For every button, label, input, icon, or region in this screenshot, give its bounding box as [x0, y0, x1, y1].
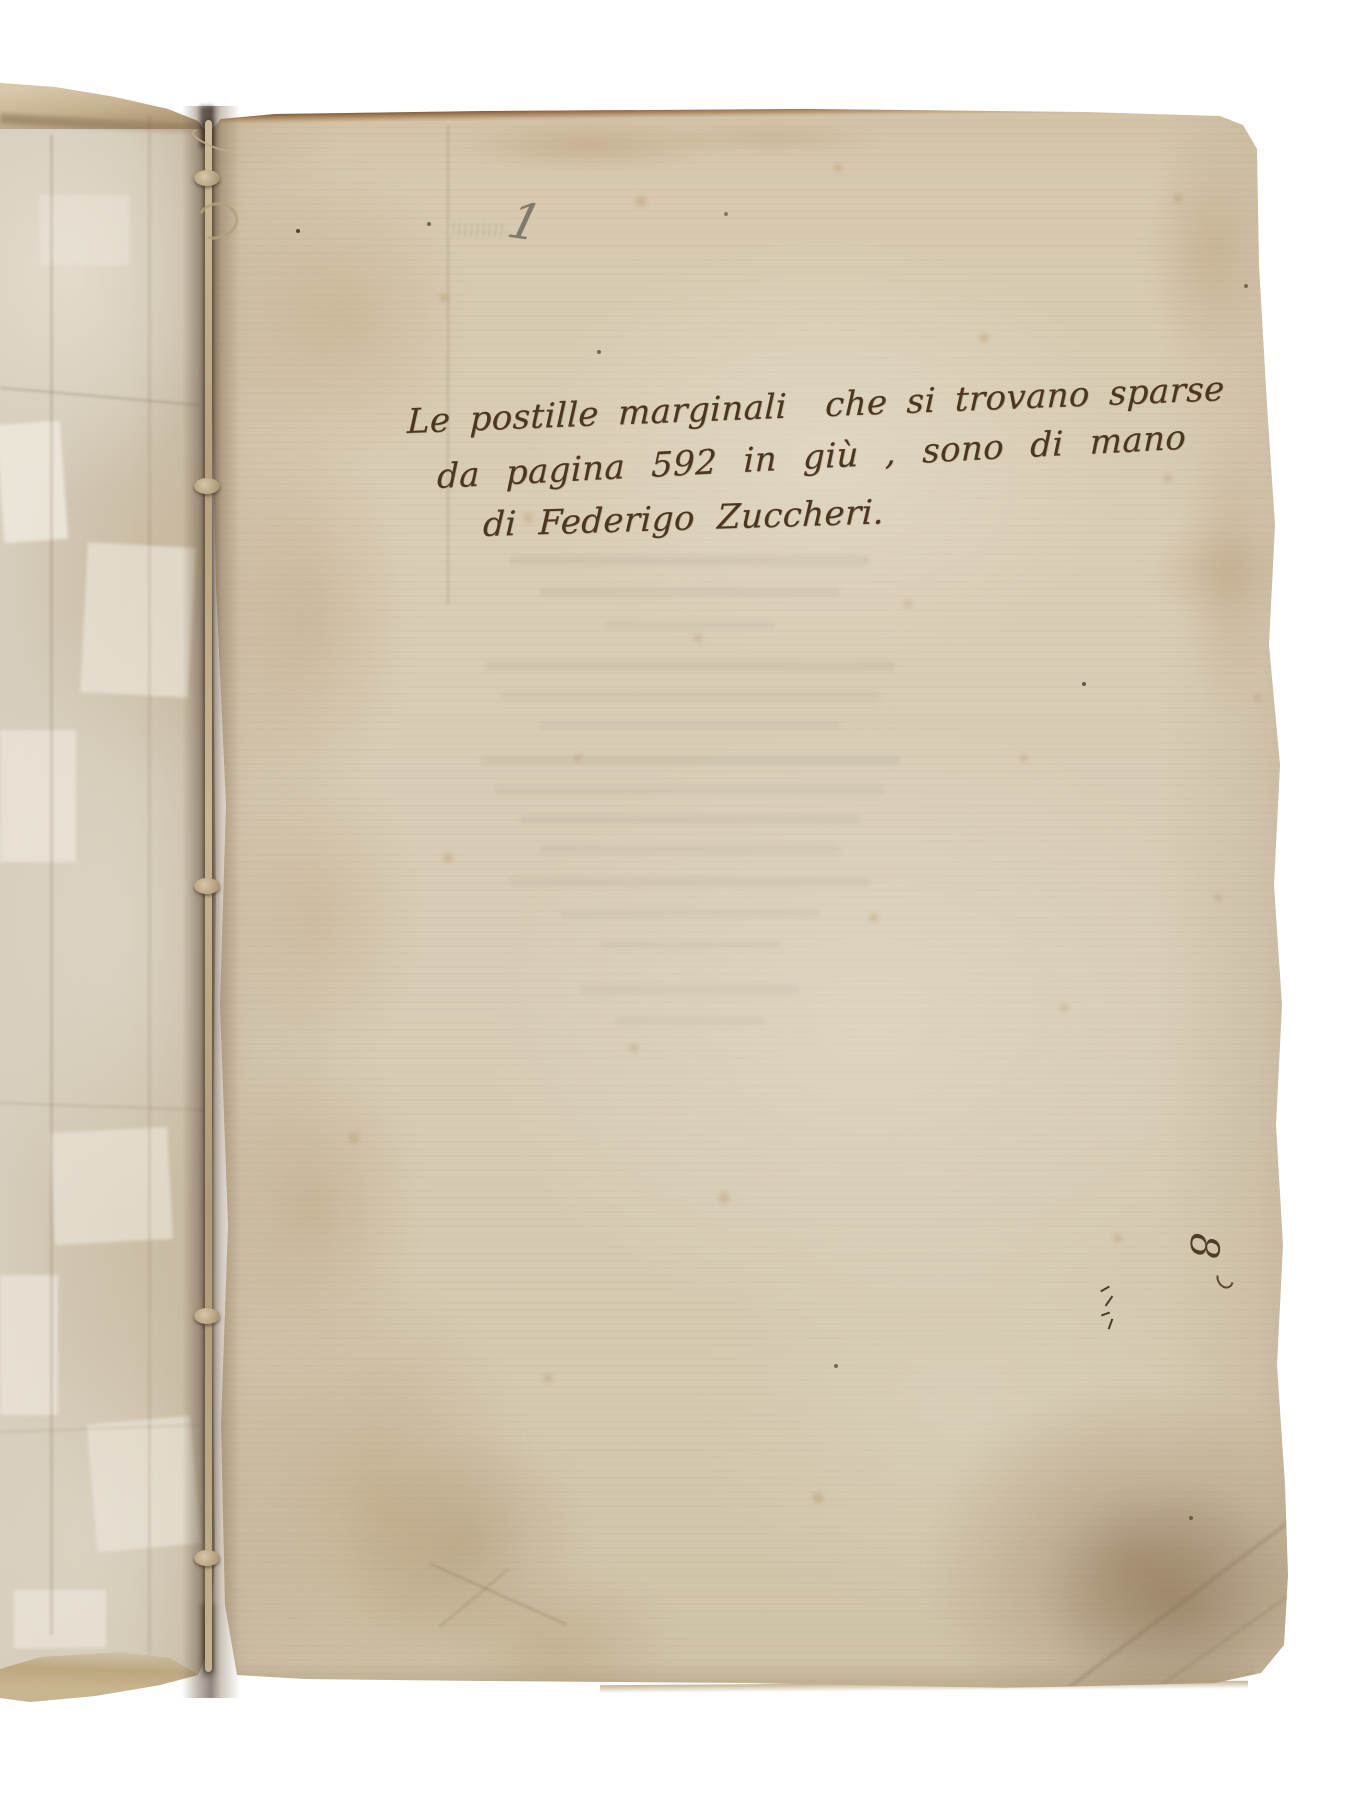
- flyleaf-page: Le postille marginali che si trovano spa…: [185, 105, 1290, 1699]
- lifted-paper-patch: [49, 1127, 173, 1245]
- textblock-top-edge-stain: [197, 93, 1253, 125]
- page-crease: [447, 125, 449, 605]
- lifted-paper-patch: [80, 542, 196, 697]
- ink-flourish-hook: [1213, 1266, 1237, 1291]
- tiny-ink-scribble: [1105, 1296, 1114, 1307]
- photo-canvas: Le postille marginali che si trovano spa…: [0, 0, 1350, 1800]
- sewing-knot: [194, 878, 220, 894]
- stain: [435, 1565, 675, 1725]
- lifted-paper-patch: [14, 1590, 106, 1648]
- cover-crease: [50, 135, 53, 1635]
- stain: [655, 121, 885, 155]
- ink-flourish-mark: 8: [1180, 1231, 1228, 1260]
- stain: [1145, 525, 1295, 615]
- sewing-thread: [205, 120, 212, 1672]
- tiny-ink-scribble: [1108, 1318, 1114, 1329]
- stain: [1145, 135, 1275, 365]
- cover-bottom-edge: [0, 1649, 205, 1707]
- sewing-knot: [194, 1550, 220, 1566]
- sewing-knot: [194, 170, 220, 186]
- page-bottom-shadow: [215, 1661, 1255, 1687]
- pencil-numeral: 1: [502, 191, 548, 252]
- sewing-knot: [194, 478, 220, 494]
- cover-crease: [0, 1101, 205, 1111]
- cover-crease: [148, 115, 151, 1655]
- lifted-paper-patch: [40, 195, 130, 265]
- spine-gutter: [182, 106, 240, 1698]
- sewing-thread-loop: [193, 197, 242, 244]
- lifted-paper-patch: [0, 421, 68, 543]
- cover-crease: [0, 386, 200, 406]
- tiny-ink-scribble: [1100, 1286, 1110, 1293]
- stain: [225, 765, 415, 1065]
- pencil-scribble: [453, 223, 507, 237]
- handwritten-line-3: di Federigo Zuccheri.: [482, 494, 885, 544]
- lifted-paper-patch: [0, 730, 76, 862]
- sewing-knot: [194, 1308, 220, 1324]
- tiny-ink-scribble: [1101, 1312, 1110, 1317]
